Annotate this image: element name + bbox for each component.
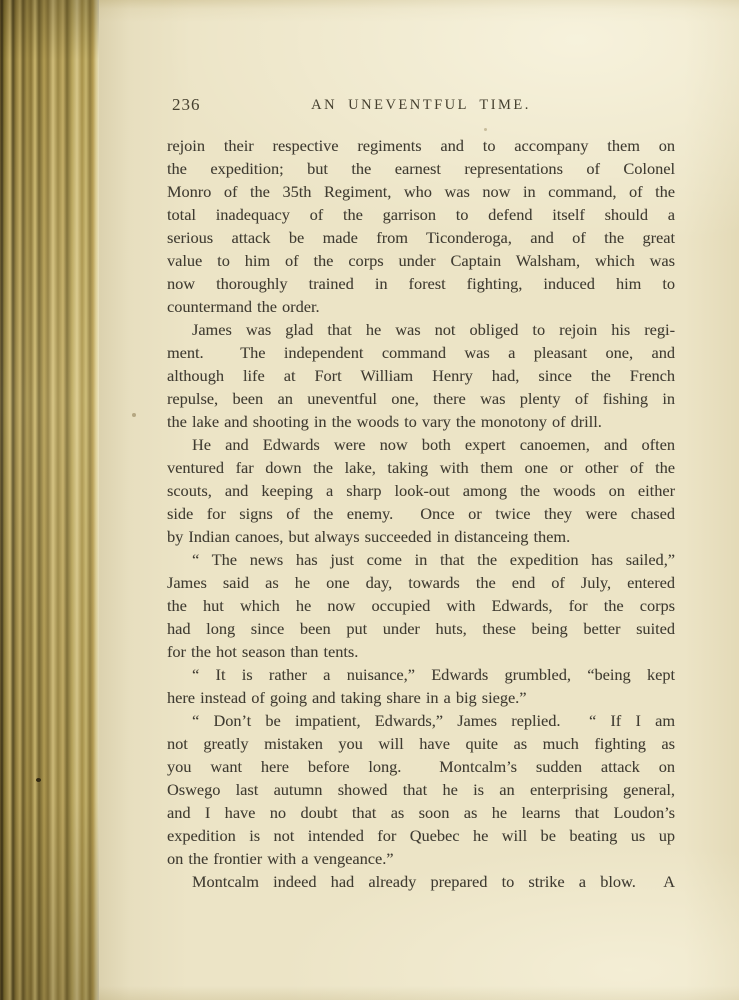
text-line: not greatly mistaken you will have quite…: [167, 732, 675, 755]
text-line: value to him of the corps under Captain …: [167, 249, 675, 272]
text-line: Montcalm indeed had already prepared to …: [167, 870, 675, 893]
text-line: the lake and shooting in the woods to va…: [167, 410, 675, 433]
text-block: rejoin their respective regiments and to…: [167, 134, 675, 893]
text-line: “ It is rather a nuisance,” Edwards grum…: [167, 663, 675, 686]
text-line: the expedition; but the earnest represen…: [167, 157, 675, 180]
text-line: Monro of the 35th Regiment, who was now …: [167, 180, 675, 203]
text-line: “ Don’t be impatient, Edwards,” James re…: [167, 709, 675, 732]
text-line: repulse, been an uneventful one, there w…: [167, 387, 675, 410]
scan-speck: [36, 778, 41, 782]
text-line: for the hot season than tents.: [167, 640, 675, 663]
book-gutter-edge: [0, 0, 99, 1000]
scan-speck: [132, 413, 136, 417]
page-content: 236 AN UNEVENTFUL TIME. rejoin their res…: [167, 0, 675, 893]
text-line: total inadequacy of the garrison to defe…: [167, 203, 675, 226]
text-line: James said as he one day, towards the en…: [167, 571, 675, 594]
text-line: He and Edwards were now both expert cano…: [167, 433, 675, 456]
text-line: James was glad that he was not obliged t…: [167, 318, 675, 341]
text-line: scouts, and keeping a sharp look-out amo…: [167, 479, 675, 502]
text-line: here instead of going and taking share i…: [167, 686, 675, 709]
text-line: Oswego last autumn showed that he is an …: [167, 778, 675, 801]
text-line: serious attack be made from Ticonderoga,…: [167, 226, 675, 249]
text-line: although life at Fort William Henry had,…: [167, 364, 675, 387]
running-title: AN UNEVENTFUL TIME.: [167, 97, 675, 114]
text-line: by Indian canoes, but always succeeded i…: [167, 525, 675, 548]
text-line: you want here before long. Montcalm’s su…: [167, 755, 675, 778]
text-line: countermand the order.: [167, 295, 675, 318]
text-line: the hut which he now occupied with Edwar…: [167, 594, 675, 617]
text-line: and I have no doubt that as soon as he l…: [167, 801, 675, 824]
text-line: rejoin their respective regiments and to…: [167, 134, 675, 157]
text-line: side for signs of the enemy. Once or twi…: [167, 502, 675, 525]
text-line: expedition is not intended for Quebec he…: [167, 824, 675, 847]
text-line: on the frontier with a vengeance.”: [167, 847, 675, 870]
text-line: ment. The independent command was a plea…: [167, 341, 675, 364]
text-line: ventured far down the lake, taking with …: [167, 456, 675, 479]
page-header: 236 AN UNEVENTFUL TIME.: [167, 95, 675, 117]
book-page-scan: 236 AN UNEVENTFUL TIME. rejoin their res…: [0, 0, 739, 1000]
text-line: had long since been put under huts, thes…: [167, 617, 675, 640]
text-line: “ The news has just come in that the exp…: [167, 548, 675, 571]
text-line: now thoroughly trained in forest fightin…: [167, 272, 675, 295]
